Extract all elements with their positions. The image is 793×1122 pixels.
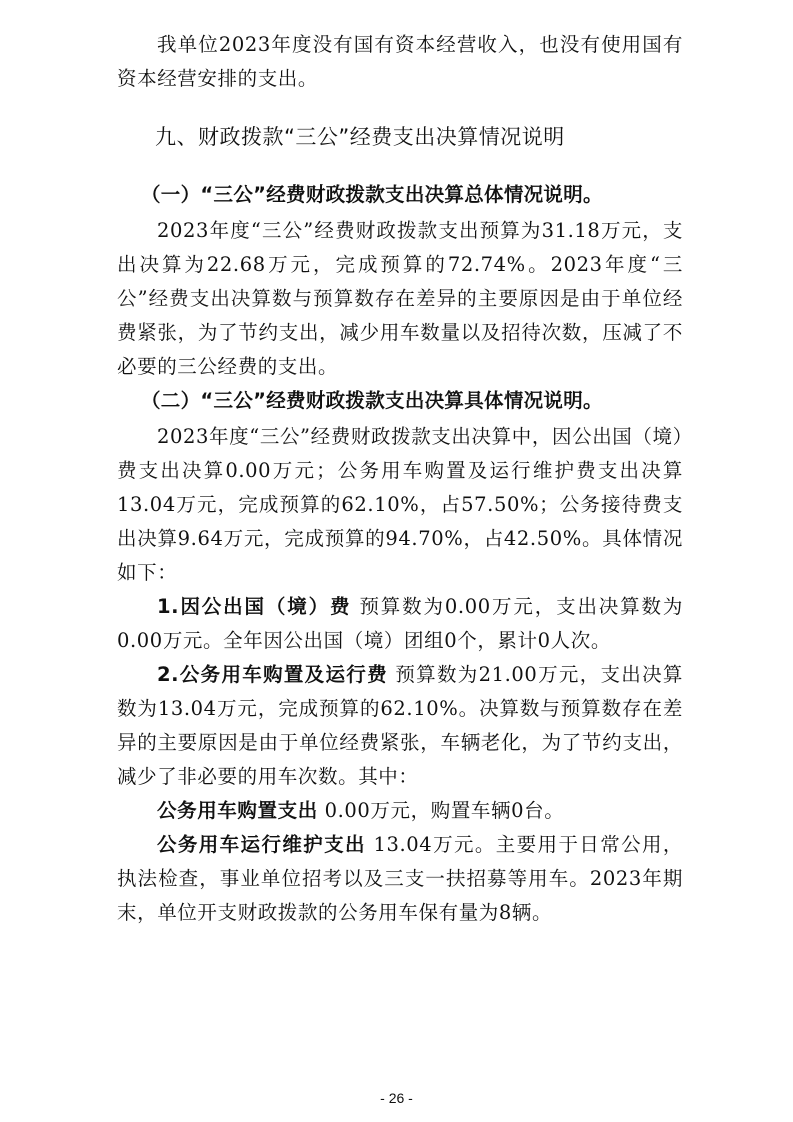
subsection-heading-detail: （二）“三公”经费财政拨款支出决算具体情况说明。 [141,384,683,418]
item-vehicle-maintenance-lead: 公务用车运行维护支出 [157,833,366,856]
item-vehicle-maintenance: 公务用车运行维护支出 13.04万元。主要用于日常公用，执法检查，事业单位招考以… [117,828,683,930]
item-vehicle-lead: 2.公务用车购置及运行费 [157,663,388,686]
item-overseas-travel-lead: 1.因公出国（境）费 [157,595,351,618]
item-vehicle-purchase-lead: 公务用车购置支出 [157,799,318,822]
document-page: 我单位2023年度没有国有资本经营收入，也没有使用国有资本经营安排的支出。 九、… [117,28,683,930]
item-vehicle-purchase-text: 0.00万元，购置车辆0台。 [318,799,565,822]
item-overseas-travel: 1.因公出国（境）费 预算数为0.00万元，支出决算数为0.00万元。全年因公出… [117,590,683,658]
paragraph-capital-operations: 我单位2023年度没有国有资本经营收入，也没有使用国有资本经营安排的支出。 [117,28,683,96]
page-number: - 26 - [0,1090,793,1106]
item-vehicle: 2.公务用车购置及运行费 预算数为21.00万元，支出决算数为13.04万元，完… [117,658,683,794]
section-heading: 九、财政拨款“三公”经费支出决算情况说明 [155,120,683,154]
paragraph-detail: 2023年度“三公”经费财政拨款支出决算中，因公出国（境）费支出决算0.00万元… [117,420,683,590]
subsection-heading-overall: （一）“三公”经费财政拨款支出决算总体情况说明。 [141,178,683,212]
item-vehicle-purchase: 公务用车购置支出 0.00万元，购置车辆0台。 [117,794,683,828]
paragraph-overall: 2023年度“三公”经费财政拨款支出预算为31.18万元，支出决算为22.68万… [117,214,683,384]
